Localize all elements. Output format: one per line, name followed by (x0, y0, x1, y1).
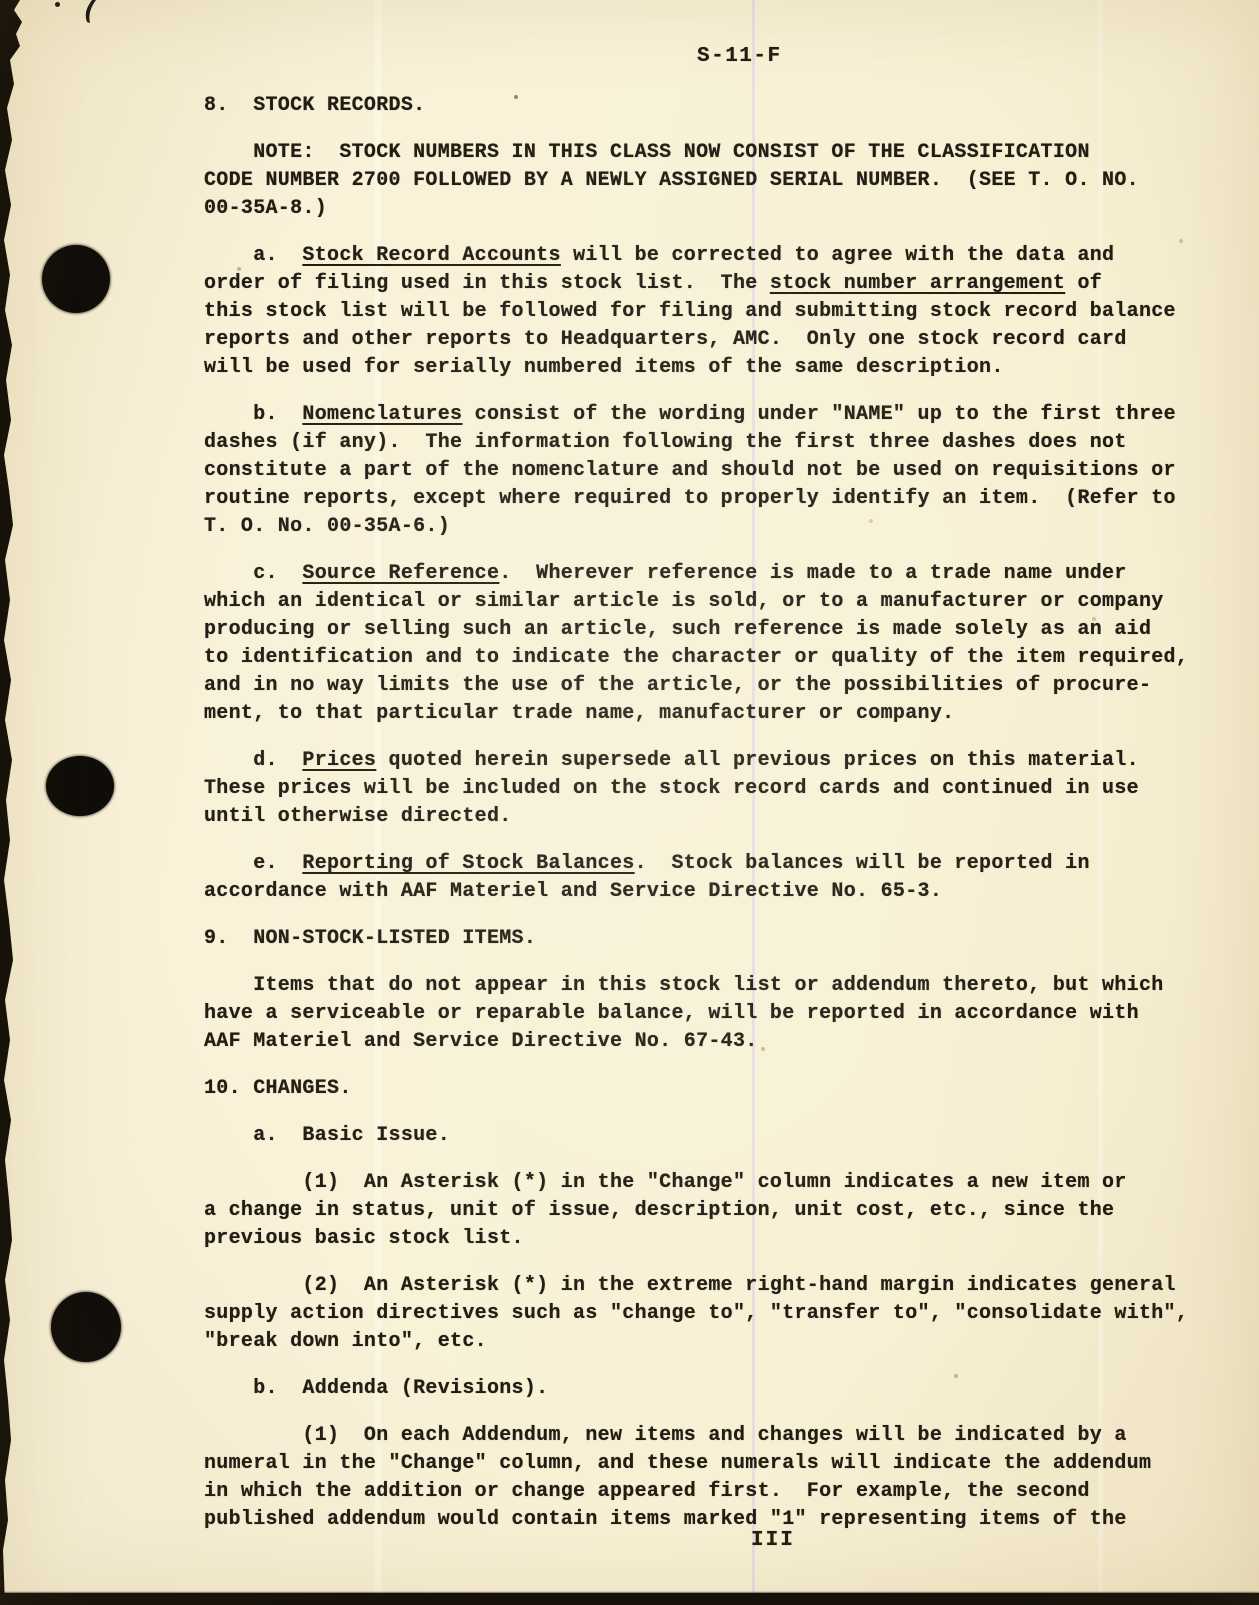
para-9-body: Items that do not appear in this stock l… (204, 972, 1214, 1056)
punch-hole-bottom (51, 1292, 121, 1362)
underlined-phrase: Stock Record Accounts (302, 244, 560, 267)
page-number: III (751, 1527, 795, 1555)
scan-edge-bottom (0, 1593, 1259, 1605)
para-10b-addenda-revisions: b. Addenda (Revisions). (204, 1375, 1214, 1403)
para-8a-stock-record-accounts: a. Stock Record Accounts will be correct… (204, 242, 1214, 382)
section-8-note: NOTE: STOCK NUMBERS IN THIS CLASS NOW CO… (204, 139, 1214, 223)
section-8-heading: 8. STOCK RECORDS. (204, 92, 1214, 120)
para-10a-basic-issue: a. Basic Issue. (204, 1122, 1214, 1150)
torn-paper-edge-left (0, 0, 26, 1605)
underlined-phrase: Source Reference (302, 562, 499, 585)
underlined-phrase: stock number arrangement (770, 272, 1065, 295)
punch-hole-middle (46, 756, 114, 816)
ink-dot (55, 2, 60, 7)
pen-mark (78, 0, 104, 26)
para-10b1-addendum-numerals: (1) On each Addendum, new items and chan… (204, 1422, 1214, 1534)
section-9-heading: 9. NON-STOCK-LISTED ITEMS. (204, 925, 1214, 953)
para-8c-source-reference: c. Source Reference. Wherever reference … (204, 560, 1214, 728)
underlined-phrase: Prices (302, 749, 376, 772)
para-10a2-asterisk-right-margin: (2) An Asterisk (*) in the extreme right… (204, 1272, 1214, 1356)
scanned-document-page: S-11-F 8. STOCK RECORDS. NOTE: STOCK NUM… (0, 0, 1259, 1605)
underlined-phrase: Nomenclatures (302, 403, 462, 426)
punch-hole-top (42, 245, 110, 313)
para-8b-nomenclatures: b. Nomenclatures consist of the wording … (204, 401, 1214, 541)
page-header-code: S-11-F (697, 42, 782, 72)
para-8e-reporting-stock-balances: e. Reporting of Stock Balances. Stock ba… (204, 850, 1214, 906)
underlined-phrase: Reporting of Stock Balances (302, 852, 634, 875)
section-10-heading: 10. CHANGES. (204, 1075, 1214, 1103)
para-10a1-asterisk-change-column: (1) An Asterisk (*) in the "Change" colu… (204, 1169, 1214, 1253)
para-8d-prices: d. Prices quoted herein supersede all pr… (204, 747, 1214, 831)
document-body: 8. STOCK RECORDS. NOTE: STOCK NUMBERS IN… (204, 92, 1214, 1553)
